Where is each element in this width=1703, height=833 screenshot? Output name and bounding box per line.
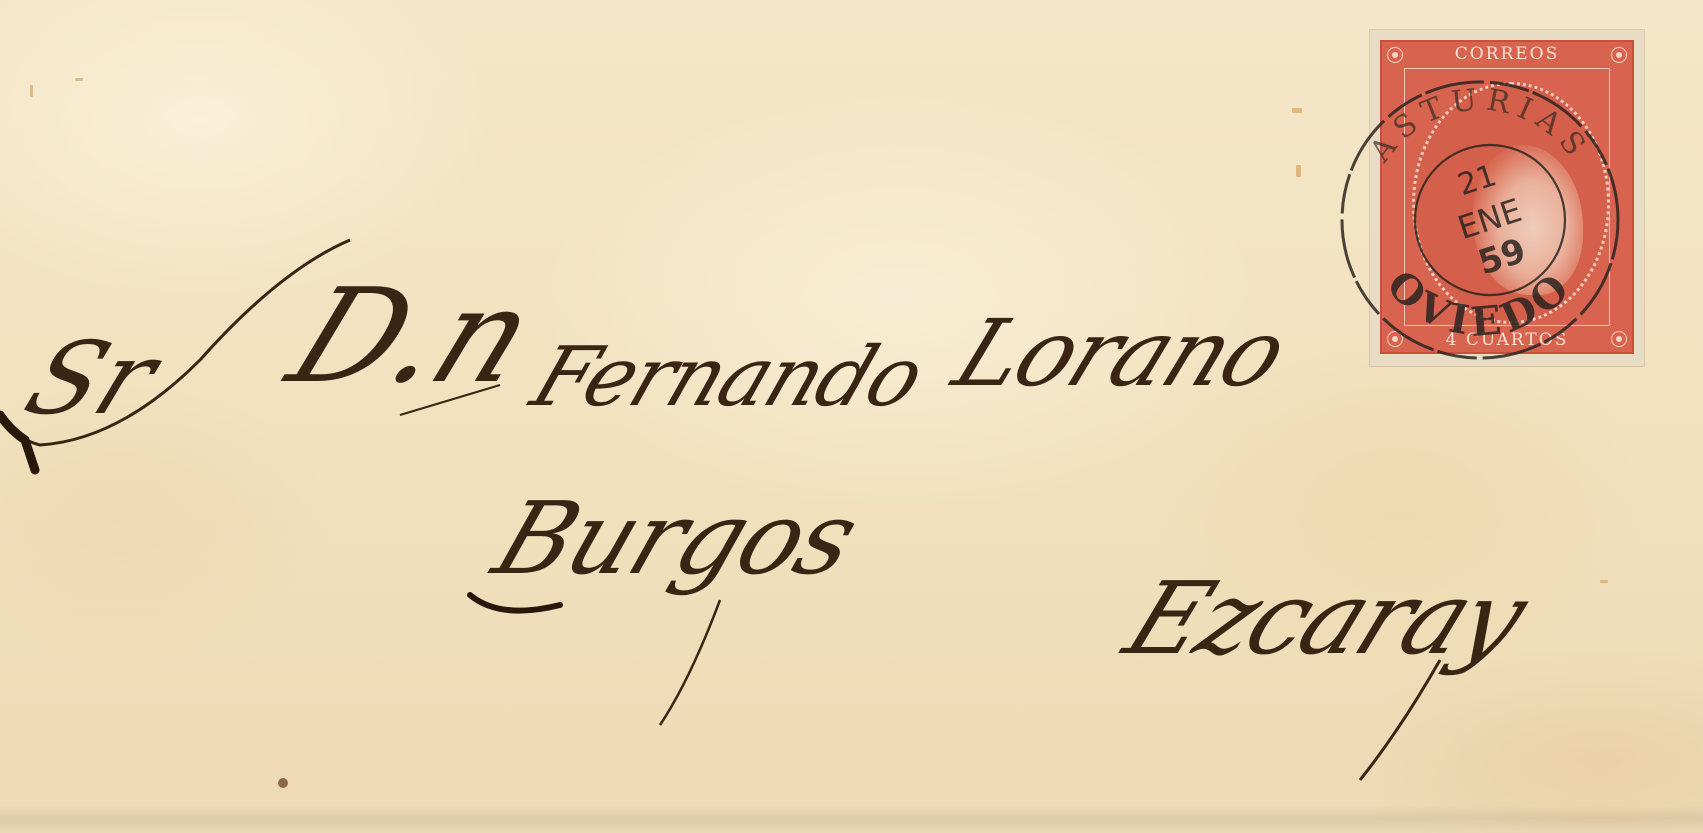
- queen-portrait-icon: [1473, 145, 1583, 295]
- stamp-top-label: CORREOS: [1406, 42, 1608, 66]
- address-first-name: Fernando: [520, 330, 935, 425]
- foxing-speck: [1292, 108, 1302, 113]
- stamp-corner-ornament-icon: [1387, 47, 1403, 63]
- postage-stamp: CORREOS 4 CUARTOS: [1370, 30, 1644, 366]
- stamp-value-label: 4 CUARTOS: [1406, 328, 1608, 352]
- ink-blot: [278, 778, 288, 788]
- address-town: Ezcaray: [1110, 560, 1542, 677]
- address-city: Burgos: [480, 480, 872, 597]
- foxing-speck: [75, 78, 83, 81]
- foxing-speck: [1296, 165, 1301, 177]
- foxing-speck: [30, 85, 33, 97]
- stamp-corner-ornament-icon: [1611, 331, 1627, 347]
- address-last-name: Lorano: [940, 300, 1301, 407]
- stamp-corner-ornament-icon: [1387, 331, 1403, 347]
- stamp-corner-ornament-icon: [1611, 47, 1627, 63]
- stamp-design: CORREOS 4 CUARTOS: [1380, 40, 1634, 354]
- envelope-fold: [0, 806, 1703, 833]
- foxing-speck: [1600, 580, 1608, 583]
- stamp-medallion: [1412, 82, 1610, 324]
